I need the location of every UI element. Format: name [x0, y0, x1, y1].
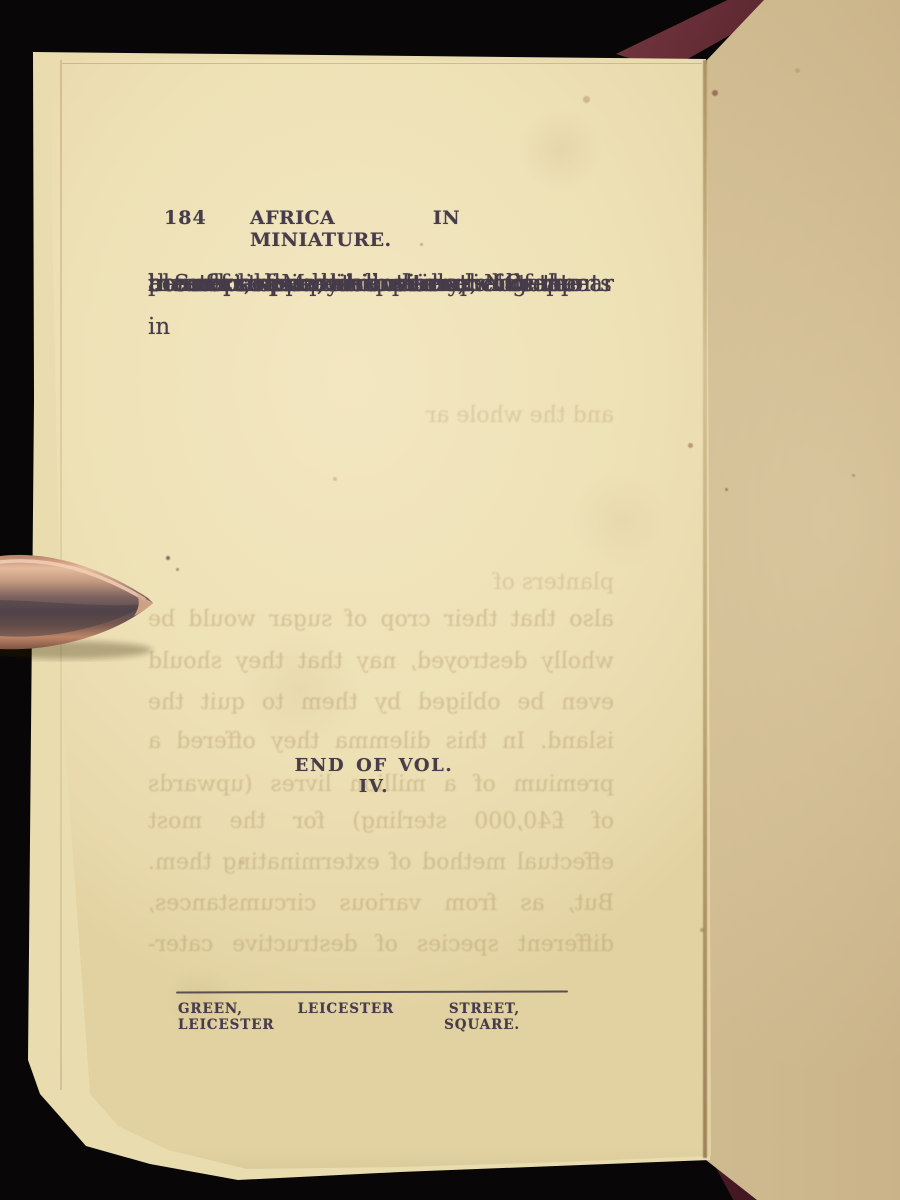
foxing-speck	[795, 68, 800, 73]
body-line: are of permanent duration.	[148, 263, 465, 306]
foxing-speck	[725, 488, 728, 491]
foxing-speck	[176, 568, 179, 571]
page-number: 184	[164, 207, 207, 229]
foxing-speck	[688, 443, 693, 448]
top-page-crease	[62, 63, 702, 64]
book-photograph: and the whole ar planters of also that t…	[0, 0, 900, 1200]
page-header: 184 AFRICA IN MINIATURE.	[0, 207, 900, 233]
foxing-speck	[333, 477, 337, 481]
printer-imprint: GREEN, LEICESTER STREET, LEICESTER SQUAR…	[178, 1001, 520, 1033]
foxing-speck	[240, 860, 245, 865]
foxing-speck	[420, 243, 423, 246]
foxing-speck	[852, 474, 855, 477]
foxing-speck	[712, 90, 718, 96]
end-of-volume-notice: END OF VOL. IV.	[283, 755, 465, 797]
foxing-speck	[700, 928, 704, 932]
bookmark-clip	[0, 546, 168, 662]
running-title: AFRICA IN MINIATURE.	[250, 207, 460, 251]
foxing-speck	[583, 96, 590, 103]
